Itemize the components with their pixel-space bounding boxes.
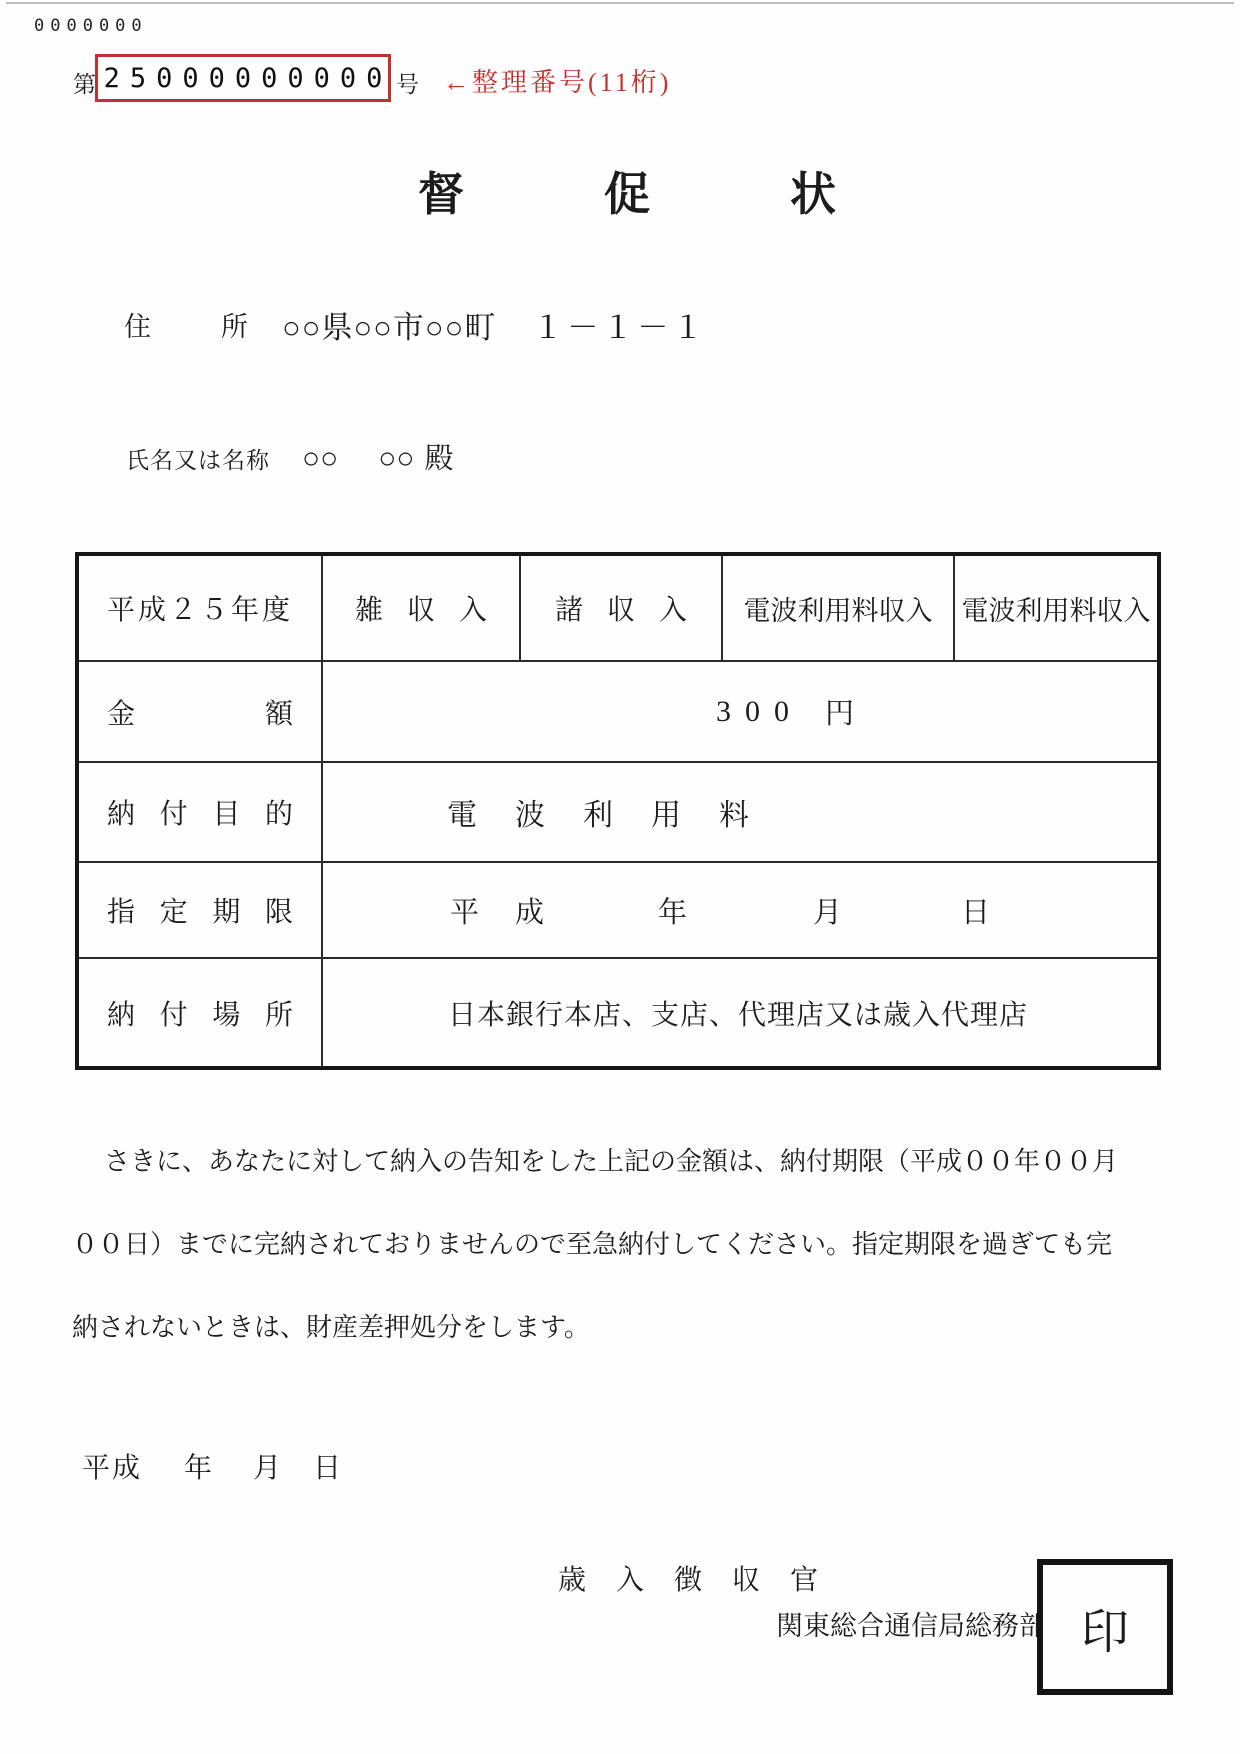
- address-value: ○○県○○市○○町: [282, 302, 496, 347]
- deadline-year-label: 年: [658, 890, 687, 931]
- table-header-various-revenue: 諸収入: [519, 556, 721, 660]
- deadline-label: 指定期限: [107, 890, 293, 930]
- issue-date-month-label: 月: [253, 1446, 281, 1486]
- serial-prefix: 第: [73, 66, 96, 99]
- deadline-month-label: 月: [813, 890, 842, 931]
- serial-suffix: 号: [396, 66, 419, 99]
- place-label: 納付場所: [107, 993, 293, 1033]
- notice-line-1: さきに、あなたに対して納入の告知をした上記の金額は、納付期限（平成００年００月: [72, 1134, 1122, 1217]
- address-number: １－１－１: [532, 302, 707, 347]
- amount-unit: 円: [825, 691, 854, 732]
- revenue-collector-title: 歳入徴収官: [558, 1558, 848, 1598]
- table-header-misc-revenue: 雑収入: [321, 556, 519, 660]
- spectrum-fee-revenue-label-2: 電波利用料収入: [962, 589, 1151, 628]
- name-row: 氏名又は名称 ○○ ○○ 殿: [126, 436, 454, 477]
- place-value-cell: 日本銀行本店、支店、代理店又は歳入代理店: [321, 957, 1157, 1066]
- purpose-value-cell: 電波利用料: [321, 761, 1157, 861]
- various-revenue-label: 諸収入: [555, 588, 687, 628]
- place-label-cell: 納付場所: [79, 957, 321, 1066]
- fiscal-year-label: 平成２５年度: [107, 588, 293, 628]
- amount-number: 300: [716, 695, 803, 729]
- issue-date-year-label: 年: [184, 1446, 212, 1486]
- name-honorific: 殿: [425, 436, 454, 477]
- deadline-value-cell: 平成 年 月 日: [321, 861, 1157, 957]
- issue-date-era: 平成: [82, 1446, 142, 1486]
- seal-box: 印: [1037, 1559, 1173, 1695]
- name-value-family: ○○: [302, 442, 338, 476]
- amount-label-cell: 金額: [79, 660, 321, 761]
- place-value: 日本銀行本店、支店、代理店又は歳入代理店: [448, 993, 1028, 1033]
- fee-table: 平成２５年度 雑収入 諸収入 電波利用料収入 電波利用料収入 金額 300 円 …: [75, 552, 1161, 1070]
- issue-date-day-label: 日: [313, 1446, 341, 1486]
- deadline-day-label: 日: [961, 890, 990, 931]
- notice-line-2: ００日）までに完納されておりませんので至急納付してください。指定期限を過ぎても完: [72, 1217, 1122, 1300]
- deadline-label-cell: 指定期限: [79, 861, 321, 957]
- address-row: 住所 ○○県○○市○○町 １－１－１: [124, 302, 707, 347]
- demand-letter-page: 0000000 第 25000000000 号 ←整理番号(11桁) 督促状 住…: [0, 0, 1240, 1754]
- office-signer-title: 関東総合通信局総務部長: [776, 1604, 1073, 1643]
- amount-label: 金額: [107, 692, 293, 732]
- name-label: 氏名又は名称: [126, 442, 270, 475]
- corner-number: 0000000: [34, 16, 148, 36]
- purpose-label: 納付目的: [107, 792, 293, 832]
- serial-number: 25000000000: [94, 63, 393, 94]
- table-header-spectrum-fee-revenue-2: 電波利用料収入: [953, 556, 1157, 660]
- issue-date-line: 平成 年 月 日: [82, 1446, 341, 1486]
- deadline-era: 平成: [450, 890, 544, 931]
- serial-number-box: 25000000000: [95, 54, 391, 102]
- spectrum-fee-revenue-label-1: 電波利用料収入: [744, 589, 933, 628]
- address-label: 住所: [124, 305, 248, 344]
- misc-revenue-label: 雑収入: [355, 588, 487, 628]
- purpose-label-cell: 納付目的: [79, 761, 321, 861]
- purpose-value: 電波利用料: [447, 790, 749, 834]
- table-header-fiscal-year: 平成２５年度: [79, 556, 321, 660]
- notice-line-3: 納されないときは、財産差押処分をします。: [72, 1300, 1122, 1383]
- name-value-given: ○○: [378, 442, 414, 476]
- document-title: 督促状: [418, 158, 836, 224]
- serial-annotation: ←整理番号(11桁): [443, 62, 671, 99]
- table-header-spectrum-fee-revenue-1: 電波利用料収入: [721, 556, 953, 660]
- seal-mark: 印: [1081, 1593, 1129, 1662]
- notice-paragraph: さきに、あなたに対して納入の告知をした上記の金額は、納付期限（平成００年００月 …: [72, 1134, 1122, 1383]
- scan-artifact-line: [6, 2, 1234, 4]
- amount-value-cell: 300 円: [321, 660, 1157, 761]
